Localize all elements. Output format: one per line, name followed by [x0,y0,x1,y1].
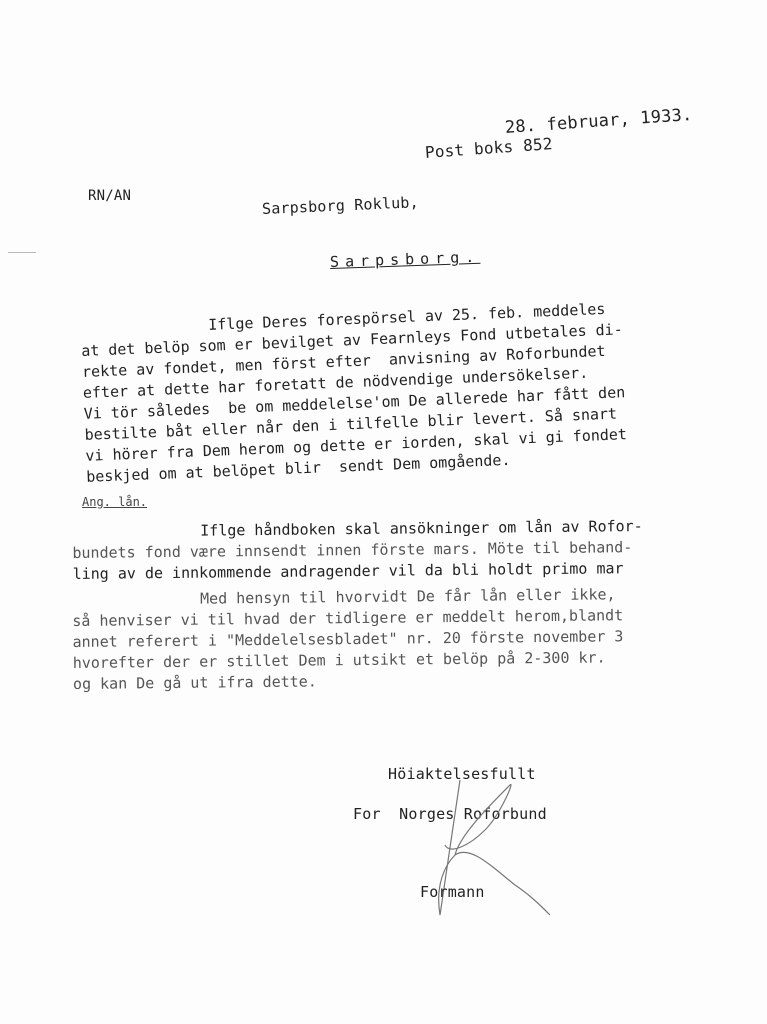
sender-address: Post boks 852 [424,134,553,162]
paragraph-loan-reference: Med hensyn til hvorvidt De får lån eller… [72,583,767,695]
section-heading: Ang. lån. [82,495,147,509]
letter-page: 28. februar, 1933. Post boks 852 RN/AN S… [0,0,767,1024]
paragraph-funding: Iflge Deres forespörsel av 25. feb. medd… [80,292,767,488]
paragraph-loan-deadline: Iflge håndboken skal ansökninger om lån … [72,505,767,585]
letter-date: 28. februar, 1933. [504,105,693,138]
recipient-name: Sarpsborg Roklub, [262,193,420,218]
handwritten-signature [430,775,570,925]
signatory-title: Formann [420,883,485,901]
reference-initials: RN/AN [88,188,131,204]
margin-mark [8,252,36,253]
recipient-city: Sarpsborg. [330,248,481,271]
